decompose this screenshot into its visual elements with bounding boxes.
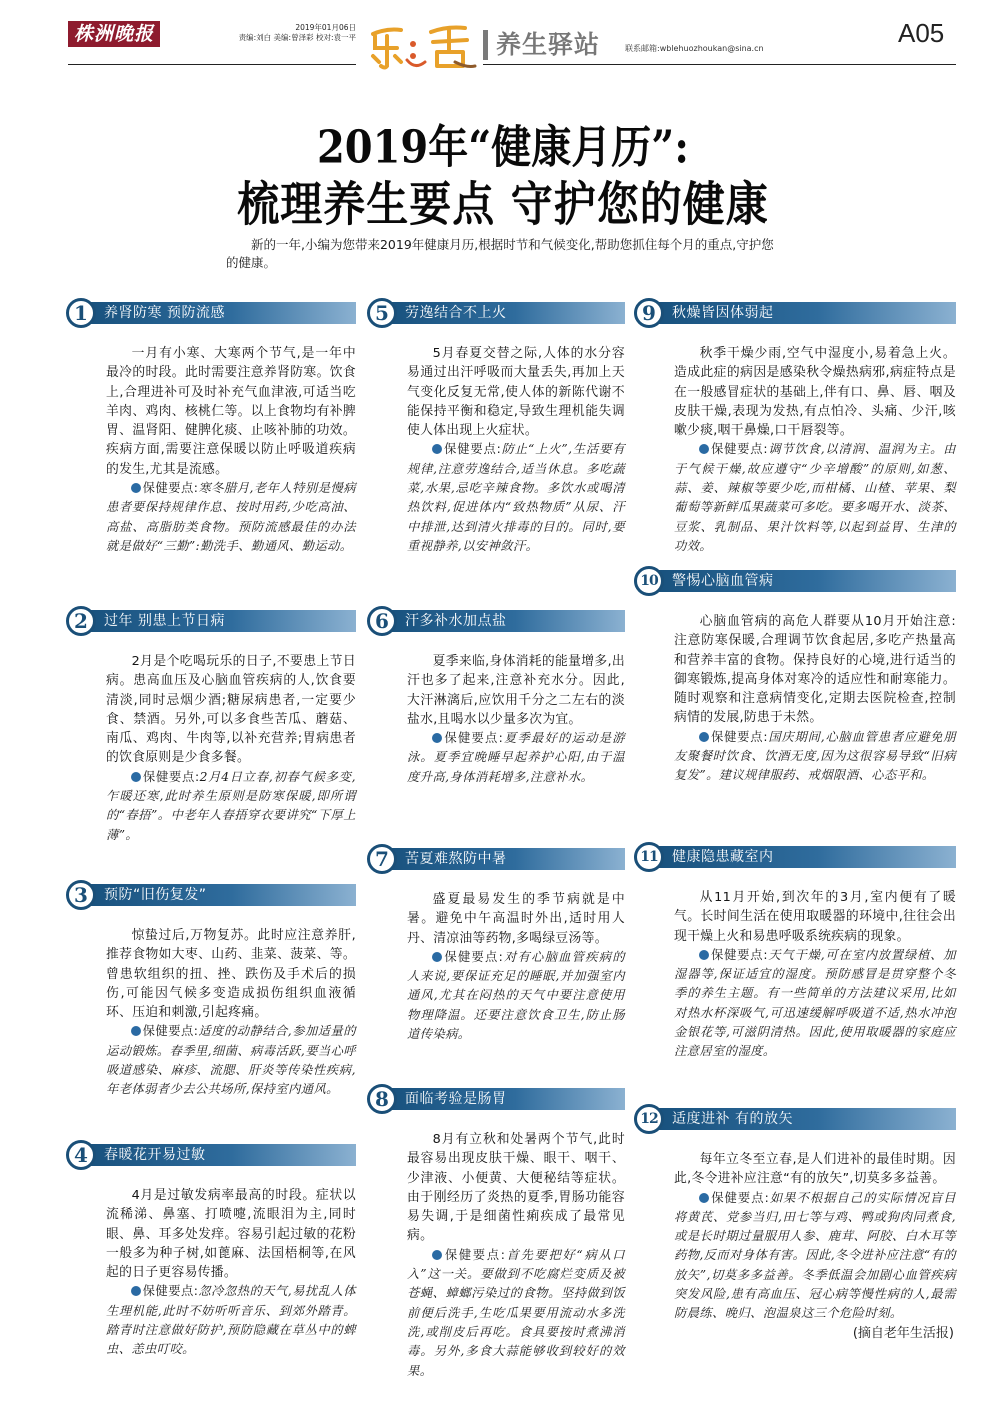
tip-label: 保健要点:: [143, 1284, 199, 1298]
section-number-badge: 5: [367, 298, 397, 328]
section-text: 夏季来临,身体消耗的能量增多,出汗也多了起来,注意补充水分。因此,大汗淋漓后,应…: [407, 652, 625, 729]
article-source: (摘自老年生活报): [674, 1324, 956, 1344]
contact-email: 联系邮箱:wblehuozhoukan@sina.cn: [625, 43, 764, 54]
month-section-12: 12 适度进补 有的放矢 每年立冬至立春,是人们进补的最佳时期。因此,冬令进补应…: [634, 1104, 956, 1344]
section-number-badge: 10: [634, 566, 664, 596]
health-tip: 保健要点:首先要把好“病从口入”这一关。要做到不吃腐烂变质及被苍蝇、蟑螂污染过的…: [407, 1246, 625, 1381]
bullet-dot-icon: [432, 952, 442, 962]
bullet-dot-icon: [699, 950, 709, 960]
section-header: 11 健康隐患藏室内: [634, 842, 956, 872]
health-tip: 保健要点:调节饮食,以清润、温润为主。由于气候干燥,故应遵守“少辛增酸”的原则,…: [674, 440, 956, 556]
section-name: 养生驿站: [496, 28, 600, 62]
section-number-badge: 3: [66, 880, 96, 910]
header-rule-left: [68, 64, 356, 65]
section-body: 惊蛰过后,万物复苏。此时应注意养肝,推荐食物如大枣、山药、韭菜、菠菜、等。曾患软…: [66, 910, 356, 1100]
health-tip: 保健要点:天气干燥,可在室内放置绿植、加湿器等,保证适宜的湿度。预防感冒是贯穿整…: [674, 946, 956, 1062]
page-number: A05: [898, 18, 944, 49]
section-header: 8 面临考验是肠胃: [367, 1084, 625, 1114]
section-title: 秋燥皆因体弱起: [648, 302, 956, 324]
masthead: 株洲晚报 2019年01月06日 责编:刘白 美编:曾泽彩 校对:袁一平 养生驿…: [0, 0, 986, 70]
section-title: 健康隐患藏室内: [648, 846, 956, 868]
section-text: 惊蛰过后,万物复苏。此时应注意养肝,推荐食物如大枣、山药、韭菜、菠菜、等。曾患软…: [106, 926, 356, 1022]
tip-label: 保健要点:: [711, 730, 768, 744]
tip-label: 保健要点:: [444, 731, 504, 745]
month-section-4: 4 春暖花开易过敏 4月是过敏发病率最高的时段。症状以流稀涕、鼻塞、打喷嚏,流眼…: [66, 1140, 356, 1360]
health-tip: 保健要点:2月4日立春,初春气候多变,乍暖还寒,此时养生原则是防寒保暖,即所谓的…: [106, 768, 356, 845]
lead-paragraph: 新的一年,小编为您带来2019年健康月历,根据时节和气候变化,帮助您抓住每个月的…: [226, 236, 786, 272]
bullet-dot-icon: [131, 1026, 141, 1036]
tip-label: 保健要点:: [711, 1191, 770, 1205]
health-tip: 保健要点:夏季最好的运动是游泳。夏季宜晚睡早起养护心阳,由于温度升高,身体消耗增…: [407, 729, 625, 787]
section-header: 1 养肾防寒 预防流感: [66, 298, 356, 328]
section-text: 4月是过敏发病率最高的时段。症状以流稀涕、鼻塞、打喷嚏,流眼泪为主,同时眼、鼻、…: [106, 1186, 356, 1282]
tip-text: 首先要把好“病从口入”这一关。要做到不吃腐烂变质及被苍蝇、蟑螂污染过的食物。坚持…: [407, 1248, 625, 1378]
edition-meta: 2019年01月06日 责编:刘白 美编:曾泽彩 校对:袁一平: [200, 23, 356, 43]
tip-label: 保健要点:: [143, 770, 200, 784]
header-rule-right: [483, 64, 956, 65]
month-section-8: 8 面临考验是肠胃 8月有立秋和处暑两个节气,此时最容易出现皮肤干燥、眼干、咽干…: [367, 1084, 625, 1381]
tip-label: 保健要点:: [444, 1248, 506, 1262]
section-number-badge: 9: [634, 298, 664, 328]
headline-line-1: 2019年“健康月历”:: [20, 121, 986, 175]
tip-text: 如果不根据自己的实际情况盲目将黄芪、党参当归,田七等与鸡、鸭或狗肉同煮食,或是长…: [674, 1191, 956, 1321]
bullet-dot-icon: [699, 732, 709, 742]
section-text: 5月春夏交替之际,人体的水分容易通过出汗呼吸而大量丢失,再加上天气变化反复无常,…: [407, 344, 625, 440]
section-number-badge: 4: [66, 1140, 96, 1170]
section-body: 心脑血管病的高危人群要从10月开始注意:注意防寒保暖,合理调节饮食起居,多吃产热…: [634, 596, 956, 786]
tip-label: 保健要点:: [143, 481, 199, 495]
section-title: 警惕心脑血管病: [648, 570, 956, 592]
section-title: 面临考验是肠胃: [381, 1088, 625, 1110]
tip-label: 保健要点:: [711, 442, 768, 456]
headline-line-2: 梳理养生要点 守护您的健康: [20, 177, 986, 233]
section-text: 8月有立秋和处暑两个节气,此时最容易出现皮肤干燥、眼干、咽干、少津液、小便黄、大…: [407, 1130, 625, 1246]
section-number-badge: 7: [367, 844, 397, 874]
tip-text: 天气干燥,可在室内放置绿植、加湿器等,保证适宜的湿度。预防感冒是贯穿整个冬季的养…: [674, 948, 956, 1058]
bullet-dot-icon: [699, 1193, 709, 1203]
health-tip: 保健要点:如果不根据自己的实际情况盲目将黄芪、党参当归,田七等与鸡、鸭或狗肉同煮…: [674, 1189, 956, 1324]
section-number-badge: 1: [66, 298, 96, 328]
section-title: 过年 别患上节日病: [80, 610, 356, 632]
section-body: 一月有小寒、大寒两个节气,是一年中最冷的时段。此时需要注意养肾防寒。饮食上,合理…: [66, 328, 356, 556]
month-section-3: 3 预防“旧伤复发” 惊蛰过后,万物复苏。此时应注意养肝,推荐食物如大枣、山药、…: [66, 880, 356, 1100]
section-body: 秋季干燥少雨,空气中湿度小,易着急上火。造成此症的病因是感染秋令燥热病邪,病症特…: [634, 328, 956, 556]
section-body: 2月是个吃喝玩乐的日子,不要患上节日病。患高血压及心脑血管疾病的人,饮食要清淡,…: [66, 636, 356, 845]
health-tip: 保健要点:适度的动静结合,参加适量的运动锻炼。春季里,细菌、病毒活跃,要当心呼吸…: [106, 1022, 356, 1099]
section-number-badge: 8: [367, 1084, 397, 1114]
section-header: 12 适度进补 有的放矢: [634, 1104, 956, 1134]
section-title: 劳逸结合不上火: [381, 302, 625, 324]
month-section-7: 7 苦夏难熬防中暑 盛夏最易发生的季节病就是中暑。避免中午高温时外出,适时用人丹…: [367, 844, 625, 1044]
section-divider-bar: [483, 30, 488, 60]
section-header: 3 预防“旧伤复发”: [66, 880, 356, 910]
section-text: 心脑血管病的高危人群要从10月开始注意:注意防寒保暖,合理调节饮食起居,多吃产热…: [674, 612, 956, 728]
section-text: 盛夏最易发生的季节病就是中暑。避免中午高温时外出,适时用人丹、清凉油等药物,多喝…: [407, 890, 625, 948]
health-tip: 保健要点:国庆期间,心脑血管患者应避免朋友聚餐时饮食、饮酒无度,因为这很容易导致…: [674, 728, 956, 786]
tip-text: 防止“上火”,生活要有规律,注意劳逸结合,适当休息。多吃蔬菜,水果,忌吃辛辣食物…: [407, 442, 625, 552]
section-body: 8月有立秋和处暑两个节气,此时最容易出现皮肤干燥、眼干、咽干、少津液、小便黄、大…: [367, 1114, 625, 1381]
section-number-badge: 11: [634, 842, 664, 872]
section-title: 预防“旧伤复发”: [80, 884, 356, 906]
section-body: 夏季来临,身体消耗的能量增多,出汗也多了起来,注意补充水分。因此,大汗淋漓后,应…: [367, 636, 625, 787]
section-title: 苦夏难熬防中暑: [381, 848, 625, 870]
health-tip: 保健要点:对有心脑血管疾病的人来说,要保证充足的睡眠,并加强室内通风,尤其在闷热…: [407, 948, 625, 1044]
section-number-badge: 6: [367, 606, 397, 636]
health-tip: 保健要点:忽冷忽热的天气,易扰乱人体生理机能,此时不妨听听音乐、到郊外踏青。踏青…: [106, 1282, 356, 1359]
month-section-6: 6 汗多补水加点盐 夏季来临,身体消耗的能量增多,出汗也多了起来,注意补充水分。…: [367, 606, 625, 787]
section-body: 盛夏最易发生的季节病就是中暑。避免中午高温时外出,适时用人丹、清凉油等药物,多喝…: [367, 874, 625, 1044]
lehuo-column-logo-icon: [367, 22, 477, 70]
tip-label: 保健要点:: [444, 442, 502, 456]
bullet-dot-icon: [131, 483, 141, 493]
bullet-dot-icon: [432, 733, 442, 743]
section-text: 秋季干燥少雨,空气中湿度小,易着急上火。造成此症的病因是感染秋令燥热病邪,病症特…: [674, 344, 956, 440]
tip-label: 保健要点:: [444, 950, 504, 964]
bullet-dot-icon: [432, 444, 442, 454]
health-tip: 保健要点:寒冬腊月,老年人特别是慢病患者要保持规律作息、按时用药,少吃高油、高盐…: [106, 479, 356, 556]
section-title: 汗多补水加点盐: [381, 610, 625, 632]
bullet-dot-icon: [131, 772, 141, 782]
tip-label: 保健要点:: [143, 1024, 199, 1038]
bullet-dot-icon: [432, 1250, 442, 1260]
section-header: 5 劳逸结合不上火: [367, 298, 625, 328]
month-section-5: 5 劳逸结合不上火 5月春夏交替之际,人体的水分容易通过出汗呼吸而大量丢失,再加…: [367, 298, 625, 556]
section-body: 每年立冬至立春,是人们进补的最佳时期。因此,冬令进补应注意“有的放矢”,切莫多多…: [634, 1134, 956, 1344]
section-text: 从11月开始,到次年的3月,室内便有了暖气。长时间生活在使用取暖器的环境中,往往…: [674, 888, 956, 946]
section-header: 2 过年 别患上节日病: [66, 606, 356, 636]
month-section-1: 1 养肾防寒 预防流感 一月有小寒、大寒两个节气,是一年中最冷的时段。此时需要注…: [66, 298, 356, 556]
bullet-dot-icon: [699, 444, 709, 454]
section-header: 10 警惕心脑血管病: [634, 566, 956, 596]
section-header: 9 秋燥皆因体弱起: [634, 298, 956, 328]
bullet-dot-icon: [131, 1286, 141, 1296]
tip-text: 调节饮食,以清润、温润为主。由于气候干燥,故应遵守“少辛增酸”的原则,如葱、蒜、…: [674, 442, 956, 552]
section-title: 适度进补 有的放矢: [648, 1108, 956, 1130]
month-section-10: 10 警惕心脑血管病 心脑血管病的高危人群要从10月开始注意:注意防寒保暖,合理…: [634, 566, 956, 786]
section-body: 从11月开始,到次年的3月,室内便有了暖气。长时间生活在使用取暖器的环境中,往往…: [634, 872, 956, 1062]
section-text: 一月有小寒、大寒两个节气,是一年中最冷的时段。此时需要注意养肾防寒。饮食上,合理…: [106, 344, 356, 479]
section-body: 4月是过敏发病率最高的时段。症状以流稀涕、鼻塞、打喷嚏,流眼泪为主,同时眼、鼻、…: [66, 1170, 356, 1360]
section-header: 6 汗多补水加点盐: [367, 606, 625, 636]
section-title: 春暖花开易过敏: [80, 1144, 356, 1166]
section-text: 每年立冬至立春,是人们进补的最佳时期。因此,冬令进补应注意“有的放矢”,切莫多多…: [674, 1150, 956, 1189]
page-headline: 2019年“健康月历”: 梳理养生要点 守护您的健康: [0, 124, 986, 230]
newspaper-logo: 株洲晚报: [68, 21, 160, 47]
section-text: 2月是个吃喝玩乐的日子,不要患上节日病。患高血压及心脑血管疾病的人,饮食要清淡,…: [106, 652, 356, 768]
editor-credits: 责编:刘白 美编:曾泽彩 校对:袁一平: [200, 33, 356, 43]
section-title: 养肾防寒 预防流感: [80, 302, 356, 324]
tip-text: 对有心脑血管疾病的人来说,要保证充足的睡眠,并加强室内通风,尤其在闷热的天气中要…: [407, 950, 625, 1041]
section-body: 5月春夏交替之际,人体的水分容易通过出汗呼吸而大量丢失,再加上天气变化反复无常,…: [367, 328, 625, 556]
section-number-badge: 12: [634, 1104, 664, 1134]
month-section-2: 2 过年 别患上节日病 2月是个吃喝玩乐的日子,不要患上节日病。患高血压及心脑血…: [66, 606, 356, 845]
section-header: 4 春暖花开易过敏: [66, 1140, 356, 1170]
tip-label: 保健要点:: [711, 948, 768, 962]
month-section-11: 11 健康隐患藏室内 从11月开始,到次年的3月,室内便有了暖气。长时间生活在使…: [634, 842, 956, 1062]
month-section-9: 9 秋燥皆因体弱起 秋季干燥少雨,空气中湿度小,易着急上火。造成此症的病因是感染…: [634, 298, 956, 556]
health-tip: 保健要点:防止“上火”,生活要有规律,注意劳逸结合,适当休息。多吃蔬菜,水果,忌…: [407, 440, 625, 556]
section-header: 7 苦夏难熬防中暑: [367, 844, 625, 874]
publish-date: 2019年01月06日: [200, 23, 356, 33]
section-number-badge: 2: [66, 606, 96, 636]
